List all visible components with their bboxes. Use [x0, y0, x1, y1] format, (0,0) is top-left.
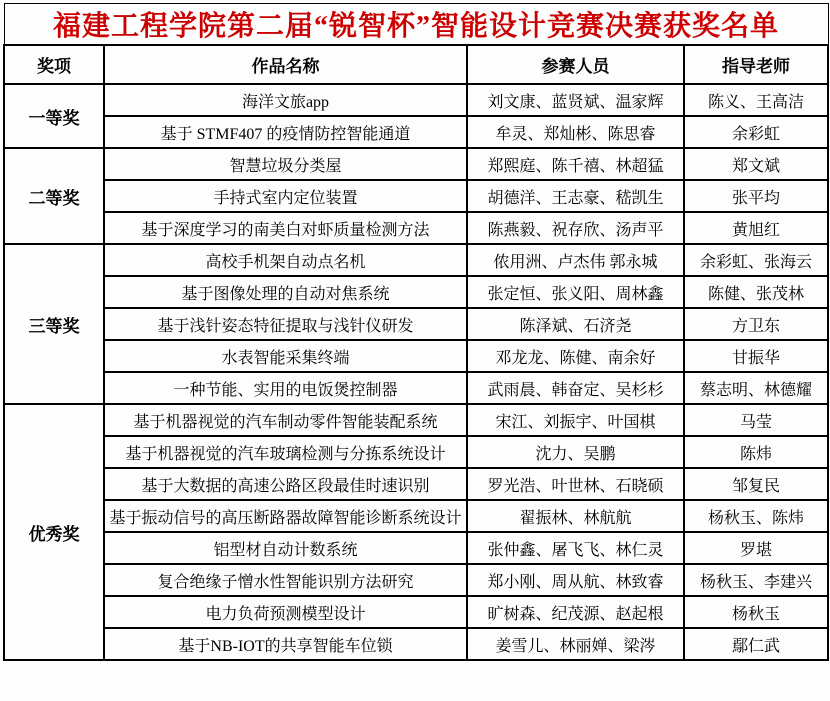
members-cell: 宋江、刘振宇、叶国棋 [467, 404, 684, 436]
award-cell: 二等奖 [4, 148, 104, 244]
advisor-cell: 余彩虹、张海云 [684, 244, 828, 276]
awards-document: 福建工程学院第二届“锐智杯”智能设计竞赛决赛获奖名单 奖项 作品名称 参赛人员 … [3, 3, 829, 661]
work-cell: 基于浅针姿态特征提取与浅针仪研发 [104, 308, 467, 340]
column-header-advisor: 指导老师 [684, 45, 828, 84]
advisor-cell: 方卫东 [684, 308, 828, 340]
advisor-cell: 罗堪 [684, 532, 828, 564]
advisor-cell: 陈炜 [684, 436, 828, 468]
table-row: 复合绝缘子憎水性智能识别方法研究郑小刚、周从航、林致睿杨秋玉、李建兴 [4, 564, 828, 596]
column-header-award: 奖项 [4, 45, 104, 84]
table-row: 基于浅针姿态特征提取与浅针仪研发陈泽斌、石济尧方卫东 [4, 308, 828, 340]
table-row: 一种节能、实用的电饭煲控制器武雨晨、韩奋定、吴杉杉蔡志明、林德耀 [4, 372, 828, 404]
table-row: 铝型材自动计数系统张仲鑫、屠飞飞、林仁灵罗堪 [4, 532, 828, 564]
advisor-cell: 鄢仁武 [684, 628, 828, 660]
work-cell: 基于NB-IOT的共享智能车位锁 [104, 628, 467, 660]
table-row: 基于振动信号的高压断路器故障智能诊断系统设计翟振林、林航航杨秋玉、陈炜 [4, 500, 828, 532]
advisor-cell: 余彩虹 [684, 116, 828, 148]
advisor-cell: 黄旭红 [684, 212, 828, 244]
members-cell: 郑小刚、周从航、林致睿 [467, 564, 684, 596]
table-row: 基于深度学习的南美白对虾质量检测方法陈燕毅、祝存欣、汤声平黄旭红 [4, 212, 828, 244]
members-cell: 武雨晨、韩奋定、吴杉杉 [467, 372, 684, 404]
members-cell: 刘文康、蓝贤斌、温家辉 [467, 84, 684, 116]
table-row: 三等奖高校手机架自动点名机侬用洲、卢杰伟 郭永城余彩虹、张海云 [4, 244, 828, 276]
advisor-cell: 邹复民 [684, 468, 828, 500]
members-cell: 牟灵、郑灿彬、陈思睿 [467, 116, 684, 148]
work-cell: 智慧垃圾分类屋 [104, 148, 467, 180]
members-cell: 郑熙庭、陈千禧、林超猛 [467, 148, 684, 180]
work-cell: 海洋文旅app [104, 84, 467, 116]
work-cell: 水表智能采集终端 [104, 340, 467, 372]
award-cell: 优秀奖 [4, 404, 104, 660]
award-cell: 三等奖 [4, 244, 104, 404]
page-title: 福建工程学院第二届“锐智杯”智能设计竞赛决赛获奖名单 [4, 4, 828, 46]
work-cell: 铝型材自动计数系统 [104, 532, 467, 564]
members-cell: 翟振林、林航航 [467, 500, 684, 532]
column-header-members: 参赛人员 [467, 45, 684, 84]
advisor-cell: 蔡志明、林德耀 [684, 372, 828, 404]
advisor-cell: 陈健、张茂林 [684, 276, 828, 308]
members-cell: 张仲鑫、屠飞飞、林仁灵 [467, 532, 684, 564]
members-cell: 陈燕毅、祝存欣、汤声平 [467, 212, 684, 244]
members-cell: 旷树森、纪茂源、赵起根 [467, 596, 684, 628]
advisor-cell: 马莹 [684, 404, 828, 436]
advisor-cell: 陈义、王高洁 [684, 84, 828, 116]
work-cell: 基于大数据的高速公路区段最佳时速识别 [104, 468, 467, 500]
awards-table: 福建工程学院第二届“锐智杯”智能设计竞赛决赛获奖名单 奖项 作品名称 参赛人员 … [3, 3, 829, 661]
work-cell: 基于机器视觉的汽车玻璃检测与分拣系统设计 [104, 436, 467, 468]
advisor-cell: 郑文斌 [684, 148, 828, 180]
table-row: 一等奖海洋文旅app刘文康、蓝贤斌、温家辉陈义、王高洁 [4, 84, 828, 116]
awards-table-body: 一等奖海洋文旅app刘文康、蓝贤斌、温家辉陈义、王高洁基于 STMF407 的疫… [4, 84, 828, 660]
work-cell: 手持式室内定位装置 [104, 180, 467, 212]
column-header-work: 作品名称 [104, 45, 467, 84]
table-row: 电力负荷预测模型设计旷树森、纪茂源、赵起根杨秋玉 [4, 596, 828, 628]
table-row: 二等奖智慧垃圾分类屋郑熙庭、陈千禧、林超猛郑文斌 [4, 148, 828, 180]
work-cell: 基于 STMF407 的疫情防控智能通道 [104, 116, 467, 148]
advisor-cell: 张平均 [684, 180, 828, 212]
table-row: 基于机器视觉的汽车玻璃检测与分拣系统设计沈力、吴鹏陈炜 [4, 436, 828, 468]
work-cell: 基于机器视觉的汽车制动零件智能装配系统 [104, 404, 467, 436]
members-cell: 邓龙龙、陈健、南余好 [467, 340, 684, 372]
table-row: 手持式室内定位装置胡德洋、王志豪、嵇凯生张平均 [4, 180, 828, 212]
members-cell: 罗光浩、叶世林、石晓硕 [467, 468, 684, 500]
members-cell: 沈力、吴鹏 [467, 436, 684, 468]
members-cell: 姜雪儿、林丽婵、梁涔 [467, 628, 684, 660]
table-row: 水表智能采集终端邓龙龙、陈健、南余好甘振华 [4, 340, 828, 372]
advisor-cell: 杨秋玉、李建兴 [684, 564, 828, 596]
advisor-cell: 杨秋玉、陈炜 [684, 500, 828, 532]
table-row: 优秀奖基于机器视觉的汽车制动零件智能装配系统宋江、刘振宇、叶国棋马莹 [4, 404, 828, 436]
members-cell: 陈泽斌、石济尧 [467, 308, 684, 340]
work-cell: 一种节能、实用的电饭煲控制器 [104, 372, 467, 404]
work-cell: 基于振动信号的高压断路器故障智能诊断系统设计 [104, 500, 467, 532]
members-cell: 张定恒、张义阳、周林鑫 [467, 276, 684, 308]
title-row: 福建工程学院第二届“锐智杯”智能设计竞赛决赛获奖名单 [4, 4, 828, 46]
work-cell: 复合绝缘子憎水性智能识别方法研究 [104, 564, 467, 596]
work-cell: 电力负荷预测模型设计 [104, 596, 467, 628]
members-cell: 胡德洋、王志豪、嵇凯生 [467, 180, 684, 212]
work-cell: 高校手机架自动点名机 [104, 244, 467, 276]
members-cell: 侬用洲、卢杰伟 郭永城 [467, 244, 684, 276]
table-row: 基于图像处理的自动对焦系统张定恒、张义阳、周林鑫陈健、张茂林 [4, 276, 828, 308]
work-cell: 基于深度学习的南美白对虾质量检测方法 [104, 212, 467, 244]
advisor-cell: 杨秋玉 [684, 596, 828, 628]
table-row: 基于大数据的高速公路区段最佳时速识别罗光浩、叶世林、石晓硕邹复民 [4, 468, 828, 500]
advisor-cell: 甘振华 [684, 340, 828, 372]
header-row: 奖项 作品名称 参赛人员 指导老师 [4, 45, 828, 84]
table-row: 基于 STMF407 的疫情防控智能通道牟灵、郑灿彬、陈思睿余彩虹 [4, 116, 828, 148]
table-row: 基于NB-IOT的共享智能车位锁姜雪儿、林丽婵、梁涔鄢仁武 [4, 628, 828, 660]
award-cell: 一等奖 [4, 84, 104, 148]
work-cell: 基于图像处理的自动对焦系统 [104, 276, 467, 308]
